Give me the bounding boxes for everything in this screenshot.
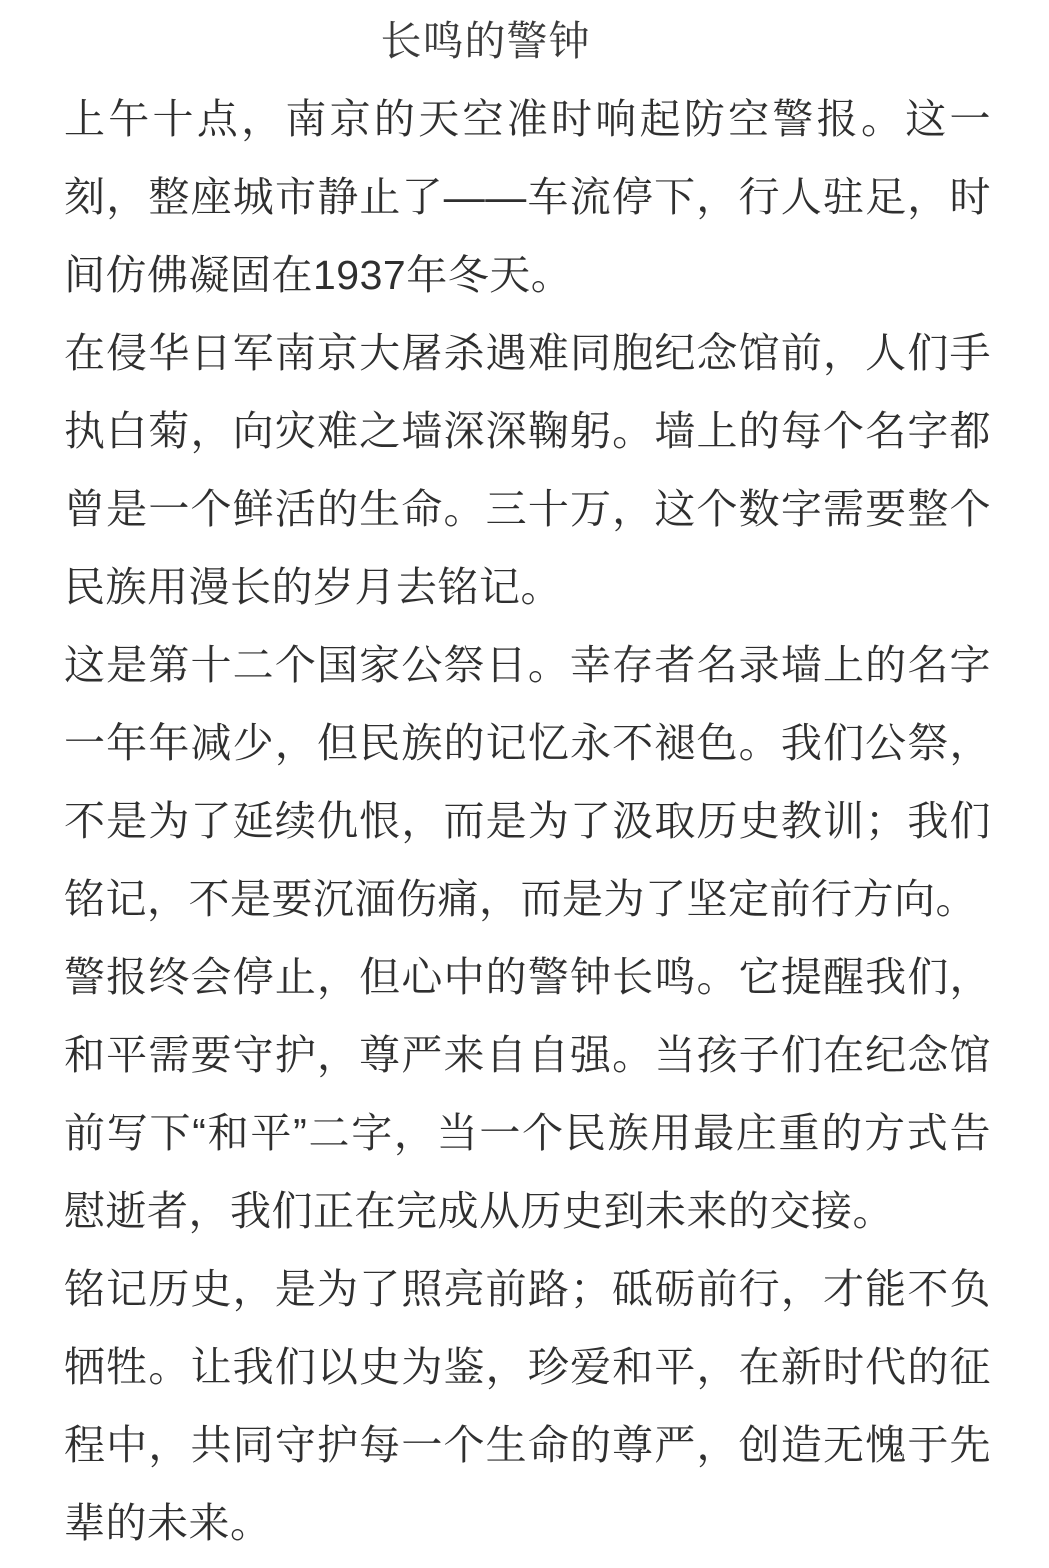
document-page: 长鸣的警钟 上午十点，南京的天空准时响起防空警报。这一刻，整座城市静止了——车流… [0,0,1049,1568]
document-title: 长鸣的警钟 [64,2,991,80]
paragraph-1: 上午十点，南京的天空准时响起防空警报。这一刻，整座城市静止了——车流停下，行人驻… [64,80,991,314]
paragraph-4: 警报终会停止，但心中的警钟长鸣。它提醒我们，和平需要守护，尊严来自自强。当孩子们… [64,938,991,1250]
paragraph-2: 在侵华日军南京大屠杀遇难同胞纪念馆前，人们手执白菊，向灾难之墙深深鞠躬。墙上的每… [64,314,991,626]
paragraph-3: 这是第十二个国家公祭日。幸存者名录墙上的名字一年年减少，但民族的记忆永不褪色。我… [64,626,991,938]
paragraph-5: 铭记历史，是为了照亮前路；砥砺前行，才能不负牺牲。让我们以史为鉴，珍爱和平，在新… [64,1250,991,1562]
